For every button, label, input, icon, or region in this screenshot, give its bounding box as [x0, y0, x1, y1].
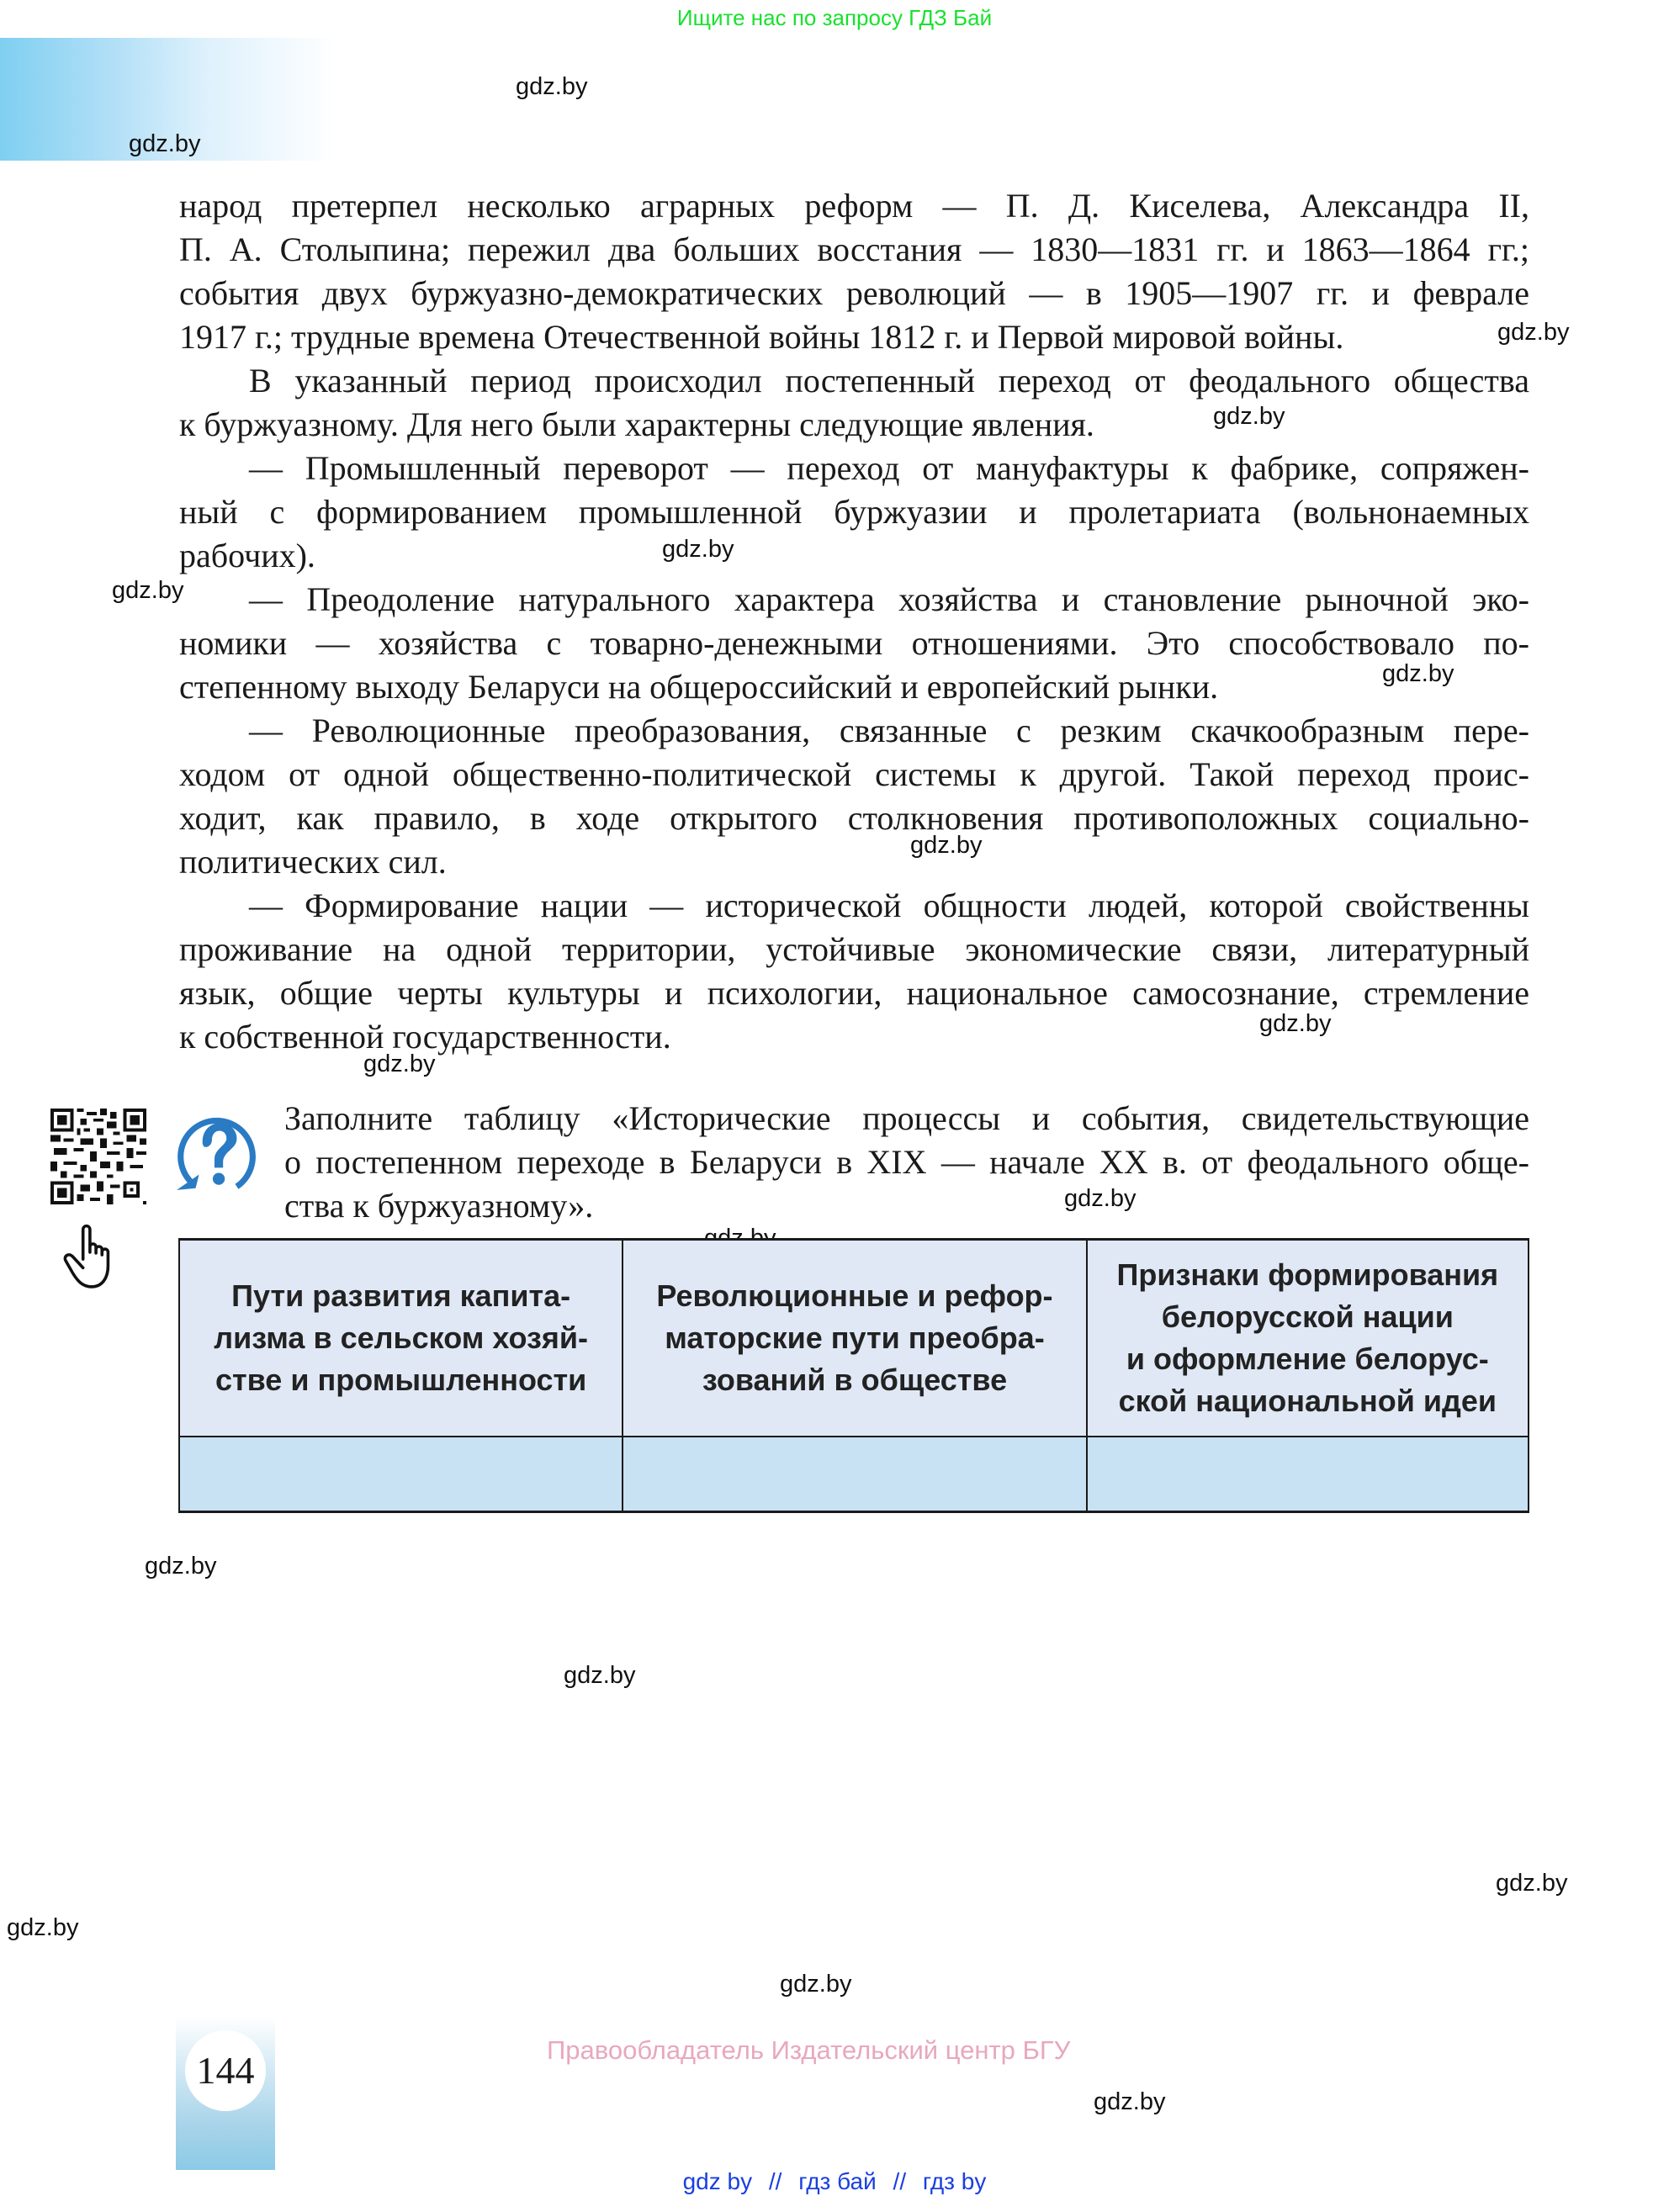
hand-pointer-icon: [59, 1221, 128, 1290]
paragraph: — Преодоление натурального характера хоз…: [179, 578, 1529, 709]
paragraph: В указанный период происходил постепенны…: [179, 359, 1529, 447]
text-line: политических сил.: [179, 840, 1529, 884]
task-instruction: Заполните таблицу «Исторические процессы…: [284, 1097, 1529, 1228]
qr-code[interactable]: [50, 1109, 147, 1204]
assignment-table: Пути развития капита- лизма в сельском х…: [178, 1238, 1529, 1513]
header-line: ской национальной идеи: [1103, 1380, 1513, 1422]
header-line: Пути развития капита-: [195, 1275, 607, 1317]
text-line: о постепенном переходе в Беларуси в XIX …: [284, 1140, 1529, 1184]
text-line: народ претерпел несколько аграрных рефор…: [179, 184, 1529, 228]
table-header-cell: Революционные и рефор- маторские пути пр…: [623, 1240, 1086, 1437]
footer-link[interactable]: гдз by: [923, 2168, 986, 2194]
text-line: к собственной государственности.: [179, 1015, 1529, 1059]
text-line: П. А. Столыпина; пережил два больших вос…: [179, 228, 1529, 272]
table-row: [179, 1437, 1529, 1512]
text-line: ходом от одной общественно-политической …: [179, 753, 1529, 796]
copyright-notice: Правообладатель Издательский центр БГУ: [547, 2035, 1070, 2066]
text-line: номики — хозяйства с товарно-денежными о…: [179, 622, 1529, 665]
watermark: gdz.by: [129, 130, 200, 158]
table-cell-empty[interactable]: [623, 1437, 1086, 1512]
text-line: ный с формированием промышленной буржуаз…: [179, 490, 1529, 534]
footer-link[interactable]: гдз бай: [798, 2168, 877, 2194]
text-line: — Промышленный переворот — переход от ма…: [179, 447, 1529, 490]
header-line: белорусской нации: [1103, 1296, 1513, 1338]
watermark: gdz.by: [1496, 1869, 1567, 1897]
watermark: gdz.by: [1094, 2088, 1165, 2116]
text-line: рабочих).: [179, 534, 1529, 578]
header-line: и оформление белорус-: [1103, 1338, 1513, 1380]
text-line: к буржуазному. Для него были характерны …: [179, 403, 1529, 447]
text-line: степенному выходу Беларуси на общероссий…: [179, 665, 1529, 709]
watermark: gdz.by: [564, 1661, 635, 1690]
footer-links: gdz by // гдз бай // гдз by: [0, 2168, 1669, 2195]
table-header-cell: Пути развития капита- лизма в сельском х…: [179, 1240, 623, 1437]
table-header-row: Пути развития капита- лизма в сельском х…: [179, 1240, 1529, 1437]
table-header-cell: Признаки формирования белорусской нации …: [1087, 1240, 1529, 1437]
text-line: — Революционные преобразования, связанны…: [179, 709, 1529, 753]
header-line: стве и промышленности: [195, 1359, 607, 1401]
text-line: В указанный период происходил постепенны…: [179, 359, 1529, 403]
text-line: 1917 г.; трудные времена Отечественной в…: [179, 315, 1529, 359]
footer-separator: //: [769, 2168, 782, 2194]
text-line: ходит, как правило, в ходе открытого сто…: [179, 796, 1529, 840]
paragraph: народ претерпел несколько аграрных рефор…: [179, 184, 1529, 359]
paragraph: — Промышленный переворот — переход от ма…: [179, 447, 1529, 578]
search-banner: Ищите нас по запросу ГДЗ Бай: [0, 5, 1669, 30]
text-line: язык, общие черты культуры и психологии,…: [179, 971, 1529, 1015]
watermark: gdz.by: [145, 1552, 216, 1580]
text-line: — Формирование нации — исторической общн…: [179, 884, 1529, 928]
table-cell-empty[interactable]: [1087, 1437, 1529, 1512]
header-line: зований в обществе: [638, 1359, 1070, 1401]
table-cell-empty[interactable]: [179, 1437, 623, 1512]
watermark: gdz.by: [112, 576, 183, 605]
text-line: Заполните таблицу «Исторические процессы…: [284, 1097, 1529, 1140]
watermark: gdz.by: [7, 1913, 78, 1942]
text-line: события двух буржуазно-демократических р…: [179, 272, 1529, 315]
text-line: ства к буржуазному».: [284, 1184, 1529, 1228]
header-line: Революционные и рефор-: [638, 1275, 1070, 1317]
text-line: — Преодоление натурального характера хоз…: [179, 578, 1529, 622]
footer-separator: //: [893, 2168, 907, 2194]
paragraph: — Революционные преобразования, связанны…: [179, 709, 1529, 884]
header-line: лизма в сельском хозяй-: [195, 1317, 607, 1359]
text-line: проживание на одной территории, устойчив…: [179, 928, 1529, 971]
watermark: gdz.by: [780, 1970, 851, 1998]
paragraph: — Формирование нации — исторической общн…: [179, 884, 1529, 1059]
watermark: gdz.by: [516, 72, 587, 101]
page-number: 144: [185, 2030, 266, 2111]
body-text: народ претерпел несколько аграрных рефор…: [179, 184, 1529, 1059]
header-line: Признаки формирования: [1103, 1254, 1513, 1296]
question-icon: [173, 1111, 259, 1197]
header-line: маторские пути преобра-: [638, 1317, 1070, 1359]
footer-link[interactable]: gdz by: [683, 2168, 753, 2194]
